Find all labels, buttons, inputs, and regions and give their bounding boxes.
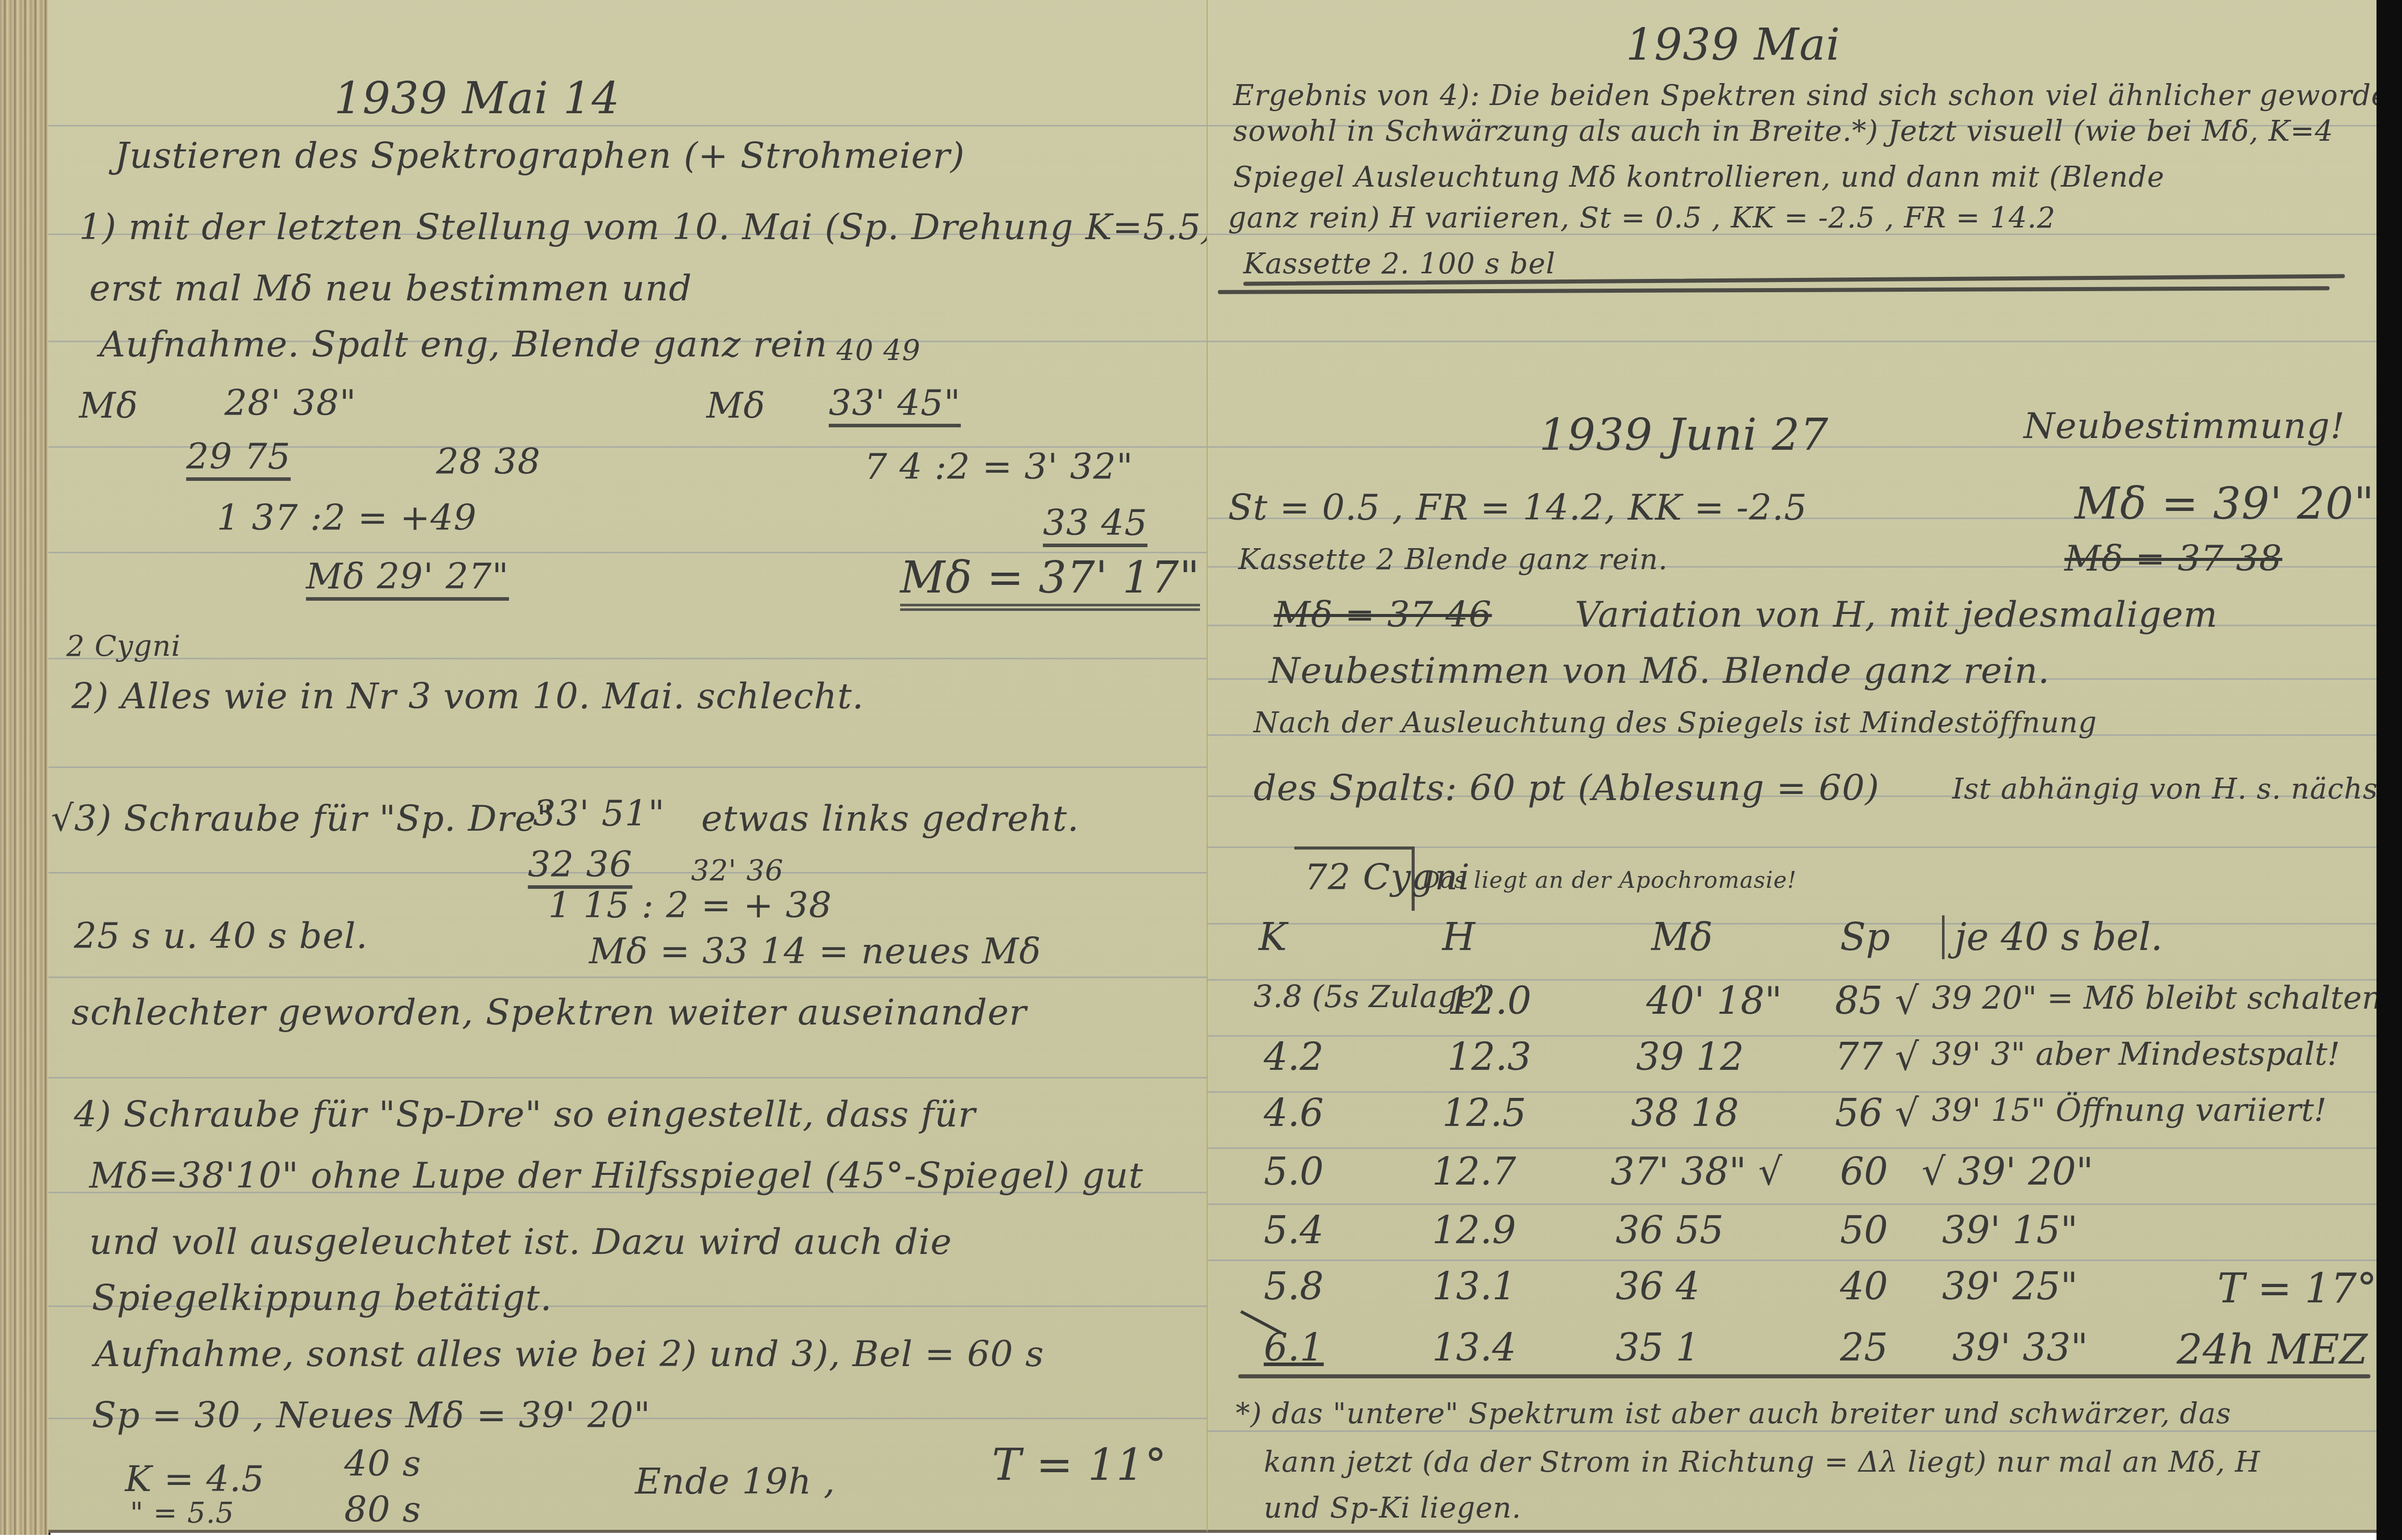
calc-value: 33' 51" (533, 795, 665, 831)
time: 24h MEZ (2177, 1326, 2368, 1373)
side-note: Ist abhängig von H. s. nächste Seite! (1952, 775, 2402, 804)
text-line: Aufnahme. Spalt eng, Blende ganz rein (99, 326, 828, 362)
exposure-note: 25 s u. 40 s bel. (74, 918, 368, 954)
cell-md2: 39 20" = Mδ bleibt schalten (1932, 979, 2382, 1016)
text-line: des Spalts: 60 pt (Ablesung = 60) (1254, 770, 1880, 806)
cell-h: 12.9 (1432, 1209, 1516, 1252)
ruling-line (48, 1077, 1207, 1079)
text-line: Kassette 2. 100 s bel (1243, 250, 1555, 278)
column-header: je 40 s bel. (1942, 915, 2163, 959)
kassette: Kassette 2 Blende ganz rein. (1238, 546, 1668, 574)
ruling-line (1208, 341, 2378, 342)
text-line: Spiegel Ausleuchtung Mδ kontrollieren, u… (1233, 163, 2164, 192)
cell-h: 12.5 (1442, 1091, 1526, 1135)
cell-md2: 39' 33" (1952, 1326, 2088, 1370)
cell-k: 4.6 (1264, 1091, 1324, 1135)
cell-md: 37' 38" √ (1611, 1150, 1782, 1194)
text-line: Neubestimmen von Mδ. Blende ganz rein. (1269, 653, 2050, 688)
cell-md2: 39' 25" (1942, 1265, 2078, 1308)
calc-value: 28' 38" (224, 385, 356, 421)
ruling-line (48, 977, 1207, 978)
right-page: 1939 Mai Ergebnis von 4): Die beiden Spe… (1207, 0, 2378, 1533)
cell-k: 4.2 (1264, 1035, 1324, 1079)
cell-md2: √ 39' 20" (1922, 1150, 2093, 1194)
table-row: 5.4 12.9 36 55 50 39' 15" (1208, 1209, 2378, 1265)
footer-temp: T = 11° (992, 1443, 1167, 1487)
footer-end: Ende 19h , (635, 1464, 835, 1499)
old-md-value: Mδ = 37 46 (1274, 597, 1492, 632)
cell-k: 5.0 (1264, 1150, 1324, 1194)
notebook-spread: 1939 Mai 14 Justieren des Spektrographen… (0, 0, 2402, 1540)
calc-value: 33 45 (1043, 505, 1147, 547)
calc-value: 28 38 (436, 444, 541, 479)
cell-sp: 25 (1840, 1326, 1888, 1370)
background-edge (2377, 0, 2402, 1540)
text-line: und voll ausgeleuchtet ist. Dazu wird au… (89, 1224, 952, 1260)
item-2: 2) Alles wie in Nr 3 vom 10. Mai. schlec… (71, 678, 864, 714)
text-line: Spiegelkippung betätigt. (92, 1280, 552, 1316)
calc-diff: 1 37 :2 = +49 (217, 500, 477, 535)
calc-value: 32 36 (528, 846, 632, 889)
text-line: erst mal Mδ neu bestimmen und (89, 270, 692, 306)
comment: etwas links gedreht. (701, 801, 1079, 836)
footnote-line: und Sp-Ki liegen. (1264, 1494, 1521, 1523)
date-header: 1939 Juni 27 (1539, 413, 1829, 457)
ruling-line (48, 766, 1207, 768)
table-row: 4.6 12.5 38 18 56 √ 39' 15" Öffnung vari… (1208, 1091, 2378, 1147)
footer-exposure: 40 s (344, 1446, 421, 1481)
footer-exposure: 80 s (344, 1492, 421, 1527)
footer-k: " = 5.5 (130, 1499, 234, 1528)
old-md-value: Mδ = 37 38 (2064, 541, 2282, 576)
text-line: schlechter geworden, Spektren weiter aus… (71, 994, 1027, 1030)
table-bottom-line (1238, 1374, 2370, 1378)
cell-md: 39 12 (1636, 1035, 1744, 1079)
ruling-line (48, 658, 1207, 659)
footnote-line: *) das "untere" Spektrum ist aber auch b… (1236, 1400, 2231, 1428)
table-row: 5.0 12.7 37' 38" √ 60 √ 39' 20" (1208, 1150, 2378, 1206)
text-line: ganz rein) H variieren, St = 0.5 , KK = … (1228, 204, 2056, 233)
cell-md: 38 18 (1631, 1091, 1739, 1135)
item-3: √3) Schraube für "Sp. Dre" (51, 801, 553, 836)
separator-line (1218, 286, 2330, 294)
text-line: Sp = 30 , Neues Mδ = 39' 20" (92, 1397, 651, 1433)
cell-md: 36 55 (1616, 1209, 1724, 1252)
text-line: Nach der Ausleuchtung des Spiegels ist M… (1254, 709, 2097, 737)
new-md-value: Mδ = 39' 20" (2075, 482, 2374, 526)
cell-k: 5.4 (1264, 1209, 1324, 1252)
cell-sp: 85 √ (1835, 979, 1919, 1023)
footer-k: K = 4.5 (125, 1461, 265, 1497)
cell-h: 12.7 (1432, 1150, 1516, 1194)
cell-sp: 60 (1840, 1150, 1888, 1194)
date-header: 1939 Mai 14 (334, 76, 620, 120)
temperature: T = 17° (2217, 1265, 2377, 1312)
cell-md: 35 1 (1616, 1326, 1700, 1370)
ruling-line (1208, 1147, 2378, 1149)
calc-result: Mδ = 33 14 = neues Mδ (589, 933, 1041, 969)
cell-h: 13.4 (1432, 1326, 1516, 1370)
calc-value: 29 75 (186, 439, 291, 481)
text-line: Aufnahme, sonst alles wie bei 2) und 3),… (94, 1336, 1044, 1372)
cell-md: 40' 18" (1646, 979, 1782, 1023)
text-line: Mδ=38'10" ohne Lupe der Hilfsspiegel (45… (89, 1158, 1143, 1193)
ruling-line (1208, 1430, 2378, 1432)
cell-sp: 56 √ (1835, 1091, 1919, 1135)
calc-result: Mδ = 37' 17" (900, 556, 1200, 611)
cell-k: 6.1 (1264, 1326, 1324, 1370)
box-note: Das liegt an der Apochromasie! (1422, 869, 1797, 892)
cell-md2: 39' 15" Öffnung variiert! (1932, 1091, 2327, 1128)
date-header: 1939 Mai (1626, 23, 1841, 67)
page-edges (0, 0, 50, 1535)
text-line: Variation von H, mit jedesmaligem (1575, 597, 2218, 632)
text-line: sowohl in Schwärzung als auch in Breite.… (1233, 117, 2334, 146)
text-line: 4) Schraube für "Sp-Dre" so eingestellt,… (74, 1096, 976, 1132)
table-row: 3.8 (5s Zulage) 12.0 40' 18" 85 √ 39 20"… (1208, 979, 2378, 1035)
footnote-line: kann jetzt (da der Strom in Richtung = Δ… (1264, 1448, 2260, 1477)
calc-diff: 1 15 : 2 = + 38 (548, 887, 832, 923)
cell-h: 12.0 (1447, 979, 1531, 1023)
table-row: 6.1 13.4 35 1 25 39' 33" 24h MEZ (1208, 1326, 2378, 1382)
column-header: K (1259, 915, 1287, 959)
cell-md: 36 4 (1616, 1265, 1700, 1308)
note-new-determination: Neubestimmung! (2024, 408, 2345, 444)
cell-md2: 39' 3" aber Mindestspalt! (1932, 1035, 2340, 1072)
column-header: Mδ (1651, 915, 1713, 959)
cell-sp: 40 (1840, 1265, 1888, 1308)
calc-diff: 7 4 :2 = 3' 32" (864, 449, 1133, 484)
md-label: Mδ (79, 388, 138, 423)
md-label: Mδ (706, 388, 765, 423)
cell-k: 5.8 (1264, 1265, 1324, 1308)
cell-h: 12.3 (1447, 1035, 1531, 1079)
text-line: Justieren des Spektrographen (+ Strohmei… (115, 138, 965, 173)
column-header: H (1442, 915, 1475, 959)
text-line: Ergebnis von 4): Die beiden Spektren sin… (1233, 82, 2402, 110)
calc-value: 33' 45" (829, 385, 961, 427)
cell-sp: 50 (1840, 1209, 1888, 1252)
calc-value: 40 49 (836, 337, 921, 365)
cell-md2: 39' 15" (1942, 1209, 2078, 1252)
text-line: 1) mit der letzten Stellung vom 10. Mai … (79, 209, 1216, 245)
table-header-row: K H Mδ Sp je 40 s bel. (1208, 915, 2378, 971)
ruling-line (48, 125, 1207, 126)
column-header: Sp (1840, 915, 1890, 959)
table-row: 5.8 13.1 36 4 40 39' 25" T = 17° (1208, 1265, 2378, 1321)
calc-result: Mδ 29' 27" (306, 558, 509, 601)
calc-value: 32' 36 (691, 857, 784, 885)
left-page: 1939 Mai 14 Justieren des Spektrographen… (48, 0, 1207, 1533)
table-row: 4.2 12.3 39 12 77 √ 39' 3" aber Mindests… (1208, 1035, 2378, 1091)
note-cygni: 2 Cygni (66, 632, 181, 661)
params: St = 0.5 , FR = 14.2, KK = -2.5 (1228, 490, 1807, 525)
cell-sp: 77 √ (1835, 1035, 1919, 1079)
cell-h: 13.1 (1432, 1265, 1516, 1308)
